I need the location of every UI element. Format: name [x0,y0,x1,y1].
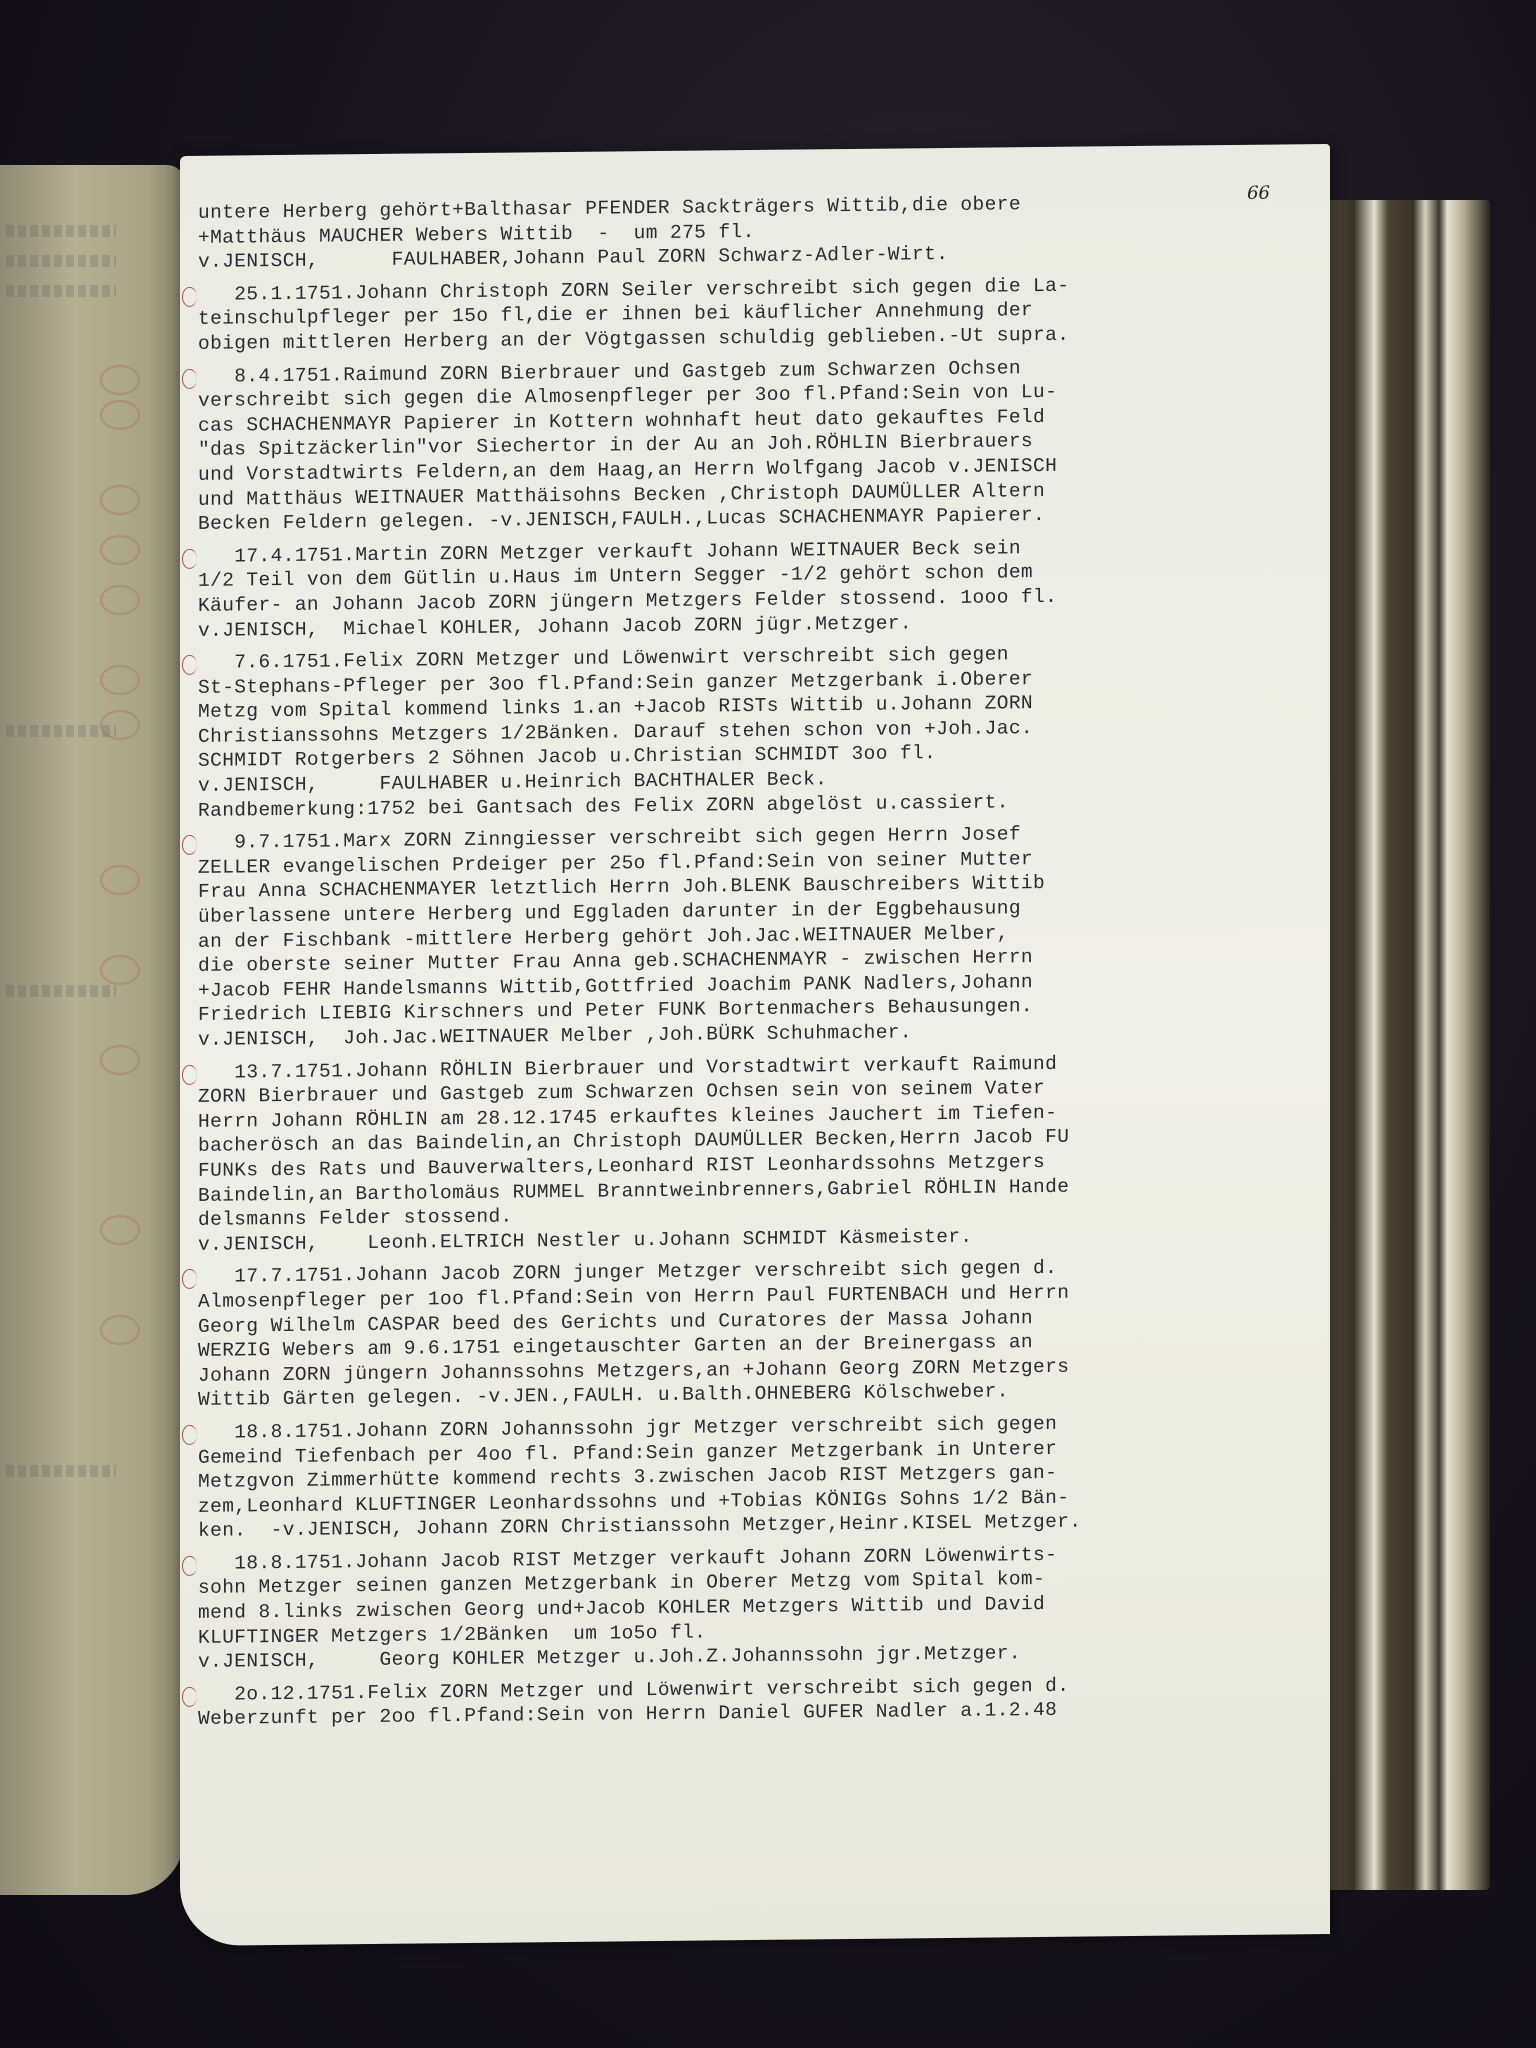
deed-entry: 7.6.1751.Felix ZORN Metzger und Löwenwir… [198,639,1310,823]
circled-number [100,485,140,515]
faded-text [6,285,116,297]
circled-number [100,1045,140,1075]
circled-number [100,365,140,395]
circled-number [100,400,140,430]
facing-left-page [0,165,185,1895]
circled-number [100,535,140,565]
circled-number [100,1215,140,1245]
circled-number [100,865,140,895]
deed-entry: 2o.12.1751.Felix ZORN Metzger und Löwenw… [198,1671,1310,1732]
circled-number [100,585,140,615]
deed-entry: 17.7.1751.Johann Jacob ZORN junger Metzg… [198,1254,1310,1413]
deed-entry: 8.4.1751.Raimund ZORN Bierbrauer und Gas… [198,353,1310,537]
red-margin-mark-icon [182,1425,197,1445]
deed-entry: 9.7.1751.Marx ZORN Zinngiesser verschrei… [198,819,1310,1052]
faded-text [6,725,116,737]
deed-entry: 13.7.1751.Johann RÖHLIN Bierbrauer und V… [198,1049,1310,1257]
red-margin-mark-icon [182,1556,197,1576]
red-margin-mark-icon [182,1687,197,1707]
deed-entry: 18.8.1751.Johann Jacob RIST Metzger verk… [198,1540,1310,1675]
faded-text [6,225,116,237]
deed-entry: 17.4.1751.Martin ZORN Metzger verkauft J… [198,533,1310,643]
circled-number [100,1315,140,1345]
typewritten-page: 66 untere Herberg gehört+Balthasar PFEND… [180,144,1330,1946]
red-margin-mark-icon [182,368,197,388]
red-margin-mark-icon [182,835,197,855]
page-edges-stack [1320,200,1490,1890]
document-body: untere Herberg gehört+Balthasar PFENDER … [198,189,1310,1740]
deed-entry: untere Herberg gehört+Balthasar PFENDER … [198,189,1310,274]
red-margin-mark-icon [182,549,197,569]
red-margin-mark-icon [182,655,197,675]
deed-entry: 25.1.1751.Johann Christoph ZORN Seiler v… [198,271,1310,356]
red-margin-mark-icon [182,1269,197,1289]
faded-text [6,985,116,997]
red-margin-mark-icon [182,1064,197,1084]
faded-text [6,1465,116,1477]
circled-number [100,665,140,695]
faded-text [6,255,116,267]
red-margin-mark-icon [182,287,197,307]
deed-entry: 18.8.1751.Johann ZORN Johannssohn jgr Me… [198,1409,1310,1544]
circled-number [100,955,140,985]
